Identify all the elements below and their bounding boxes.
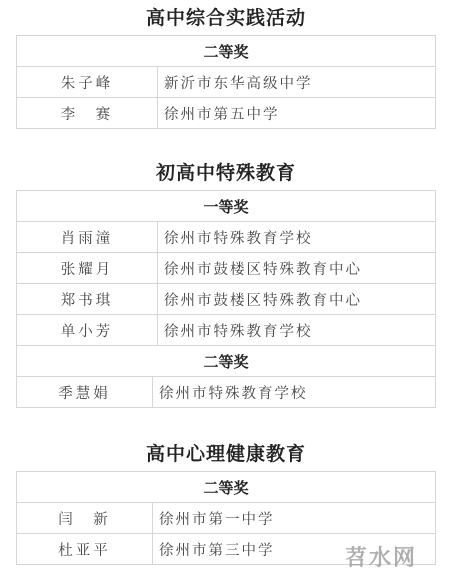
winner-school: 徐州市第一中学: [153, 503, 436, 534]
prize-label: 二等奖: [17, 472, 436, 503]
table-row: 张耀月 徐州市鼓楼区特殊教育中心: [17, 253, 436, 284]
section-title: 高中综合实践活动: [16, 5, 436, 31]
winner-name: 李 赛: [17, 98, 158, 129]
award-table: 一等奖 肖雨潼 徐州市特殊教育学校 张耀月 徐州市鼓楼区特殊教育中心 郑书琪 徐…: [16, 190, 436, 346]
winner-school: 徐州市鼓楼区特殊教育中心: [158, 284, 436, 315]
section-special-education: 初高中特殊教育 一等奖 肖雨潼 徐州市特殊教育学校 张耀月 徐州市鼓楼区特殊教育…: [16, 160, 436, 408]
section-title: 高中心理健康教育: [16, 441, 436, 467]
section-high-school-practice: 高中综合实践活动 二等奖 朱子峰 新沂市东华高级中学 李 赛 徐州市第五中学: [16, 5, 436, 129]
table-row: 李 赛 徐州市第五中学: [17, 98, 436, 129]
prize-label: 一等奖: [17, 191, 436, 222]
winner-name: 闫 新: [17, 503, 153, 534]
section-title: 初高中特殊教育: [16, 160, 436, 186]
winner-name: 季慧娟: [17, 377, 153, 408]
watermark-logo: 苕水网: [345, 541, 417, 572]
winner-name: 杜亚平: [17, 534, 153, 565]
prize-row: 一等奖: [17, 191, 436, 222]
winner-name: 郑书琪: [17, 284, 158, 315]
prize-row: 二等奖: [17, 472, 436, 503]
winner-name: 张耀月: [17, 253, 158, 284]
winner-school: 徐州市鼓楼区特殊教育中心: [158, 253, 436, 284]
prize-row: 二等奖: [17, 36, 436, 67]
winner-school: 徐州市特殊教育学校: [153, 377, 436, 408]
table-row: 季慧娟 徐州市特殊教育学校: [17, 377, 436, 408]
winner-name: 肖雨潼: [17, 222, 158, 253]
winner-school: 徐州市特殊教育学校: [158, 222, 436, 253]
winner-school: 徐州市第五中学: [158, 98, 436, 129]
table-row: 闫 新 徐州市第一中学: [17, 503, 436, 534]
prize-row: 二等奖: [17, 346, 436, 377]
prize-label: 二等奖: [17, 36, 436, 67]
winner-name: 朱子峰: [17, 67, 158, 98]
table-row: 朱子峰 新沂市东华高级中学: [17, 67, 436, 98]
prize-label: 二等奖: [17, 346, 436, 377]
winner-school: 新沂市东华高级中学: [158, 67, 436, 98]
table-row: 郑书琪 徐州市鼓楼区特殊教育中心: [17, 284, 436, 315]
table-row: 肖雨潼 徐州市特殊教育学校: [17, 222, 436, 253]
award-table: 二等奖 季慧娟 徐州市特殊教育学校: [16, 345, 436, 408]
table-row: 单小芳 徐州市特殊教育学校: [17, 315, 436, 346]
winner-school: 徐州市特殊教育学校: [158, 315, 436, 346]
award-table: 二等奖 朱子峰 新沂市东华高级中学 李 赛 徐州市第五中学: [16, 35, 436, 129]
winner-name: 单小芳: [17, 315, 158, 346]
